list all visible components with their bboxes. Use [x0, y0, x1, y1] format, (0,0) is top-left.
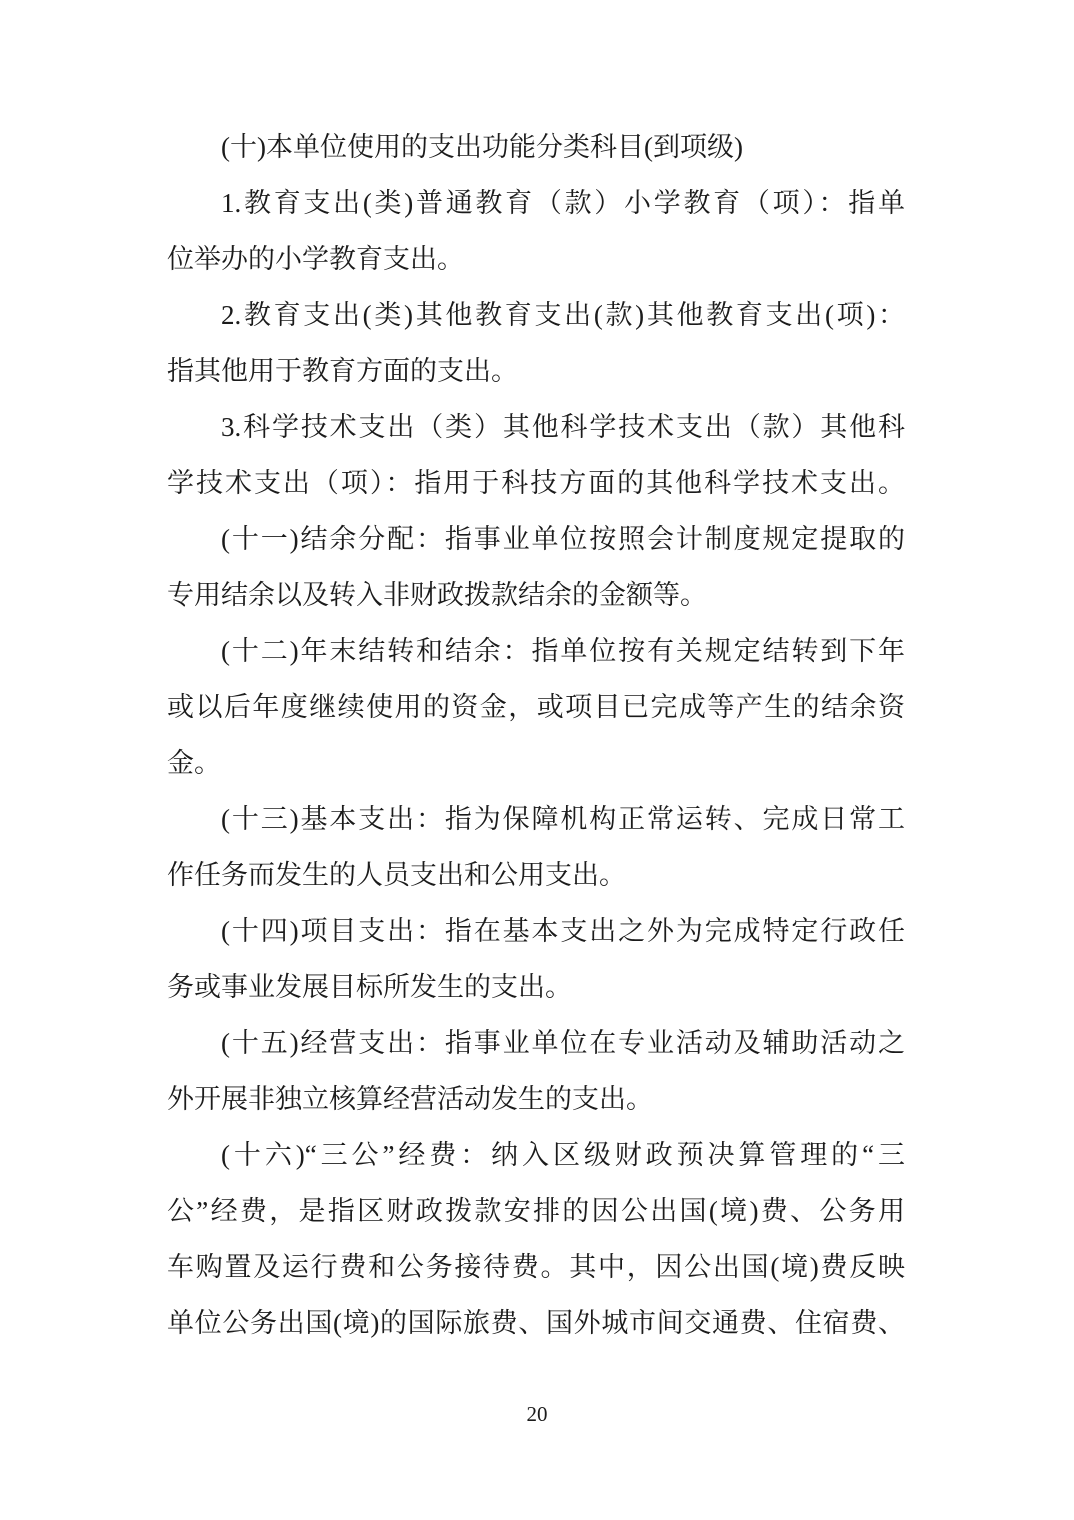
document-page: (十)本单位使用的支出功能分类科目(到项级) 1.教育支出(类)普通教育（款）小… [0, 0, 1074, 1520]
text-line: (十)本单位使用的支出功能分类科目(到项级) [167, 119, 905, 175]
paragraph: 3.科学技术支出（类）其他科学技术支出（款）其他科 学技术支出（项）：指用于科技… [167, 399, 905, 511]
text-line: 指其他用于教育方面的支出。 [167, 343, 905, 399]
text-line: 学技术支出（项）：指用于科技方面的其他科学技术支出。 [167, 455, 905, 511]
text-line: 1.教育支出(类)普通教育（款）小学教育（项）：指单 [167, 175, 905, 231]
text-line: (十二)年末结转和结余：指单位按有关规定结转到下年 [167, 623, 905, 679]
text-line: 位举办的小学教育支出。 [167, 231, 905, 287]
text-line: 2.教育支出(类)其他教育支出(款)其他教育支出(项)： [167, 287, 905, 343]
text-line: (十四)项目支出：指在基本支出之外为完成特定行政任 [167, 903, 905, 959]
text-line: 金。 [167, 735, 905, 791]
text-line: 车购置及运行费和公务接待费。其中，因公出国(境)费反映 [167, 1239, 905, 1295]
paragraph: (十四)项目支出：指在基本支出之外为完成特定行政任 务或事业发展目标所发生的支出… [167, 903, 905, 1015]
text-line: 3.科学技术支出（类）其他科学技术支出（款）其他科 [167, 399, 905, 455]
paragraph: (十五)经营支出：指事业单位在专业活动及辅助活动之 外开展非独立核算经营活动发生… [167, 1015, 905, 1127]
paragraph: 1.教育支出(类)普通教育（款）小学教育（项）：指单 位举办的小学教育支出。 [167, 175, 905, 287]
paragraph: (十二)年末结转和结余：指单位按有关规定结转到下年 或以后年度继续使用的资金，或… [167, 623, 905, 791]
text-line: (十三)基本支出：指为保障机构正常运转、完成日常工 [167, 791, 905, 847]
text-line: 或以后年度继续使用的资金，或项目已完成等产生的结余资 [167, 679, 905, 735]
text-line: 务或事业发展目标所发生的支出。 [167, 959, 905, 1015]
text-line: 单位公务出国(境)的国际旅费、国外城市间交通费、住宿费、 [167, 1295, 905, 1351]
text-line: 公”经费，是指区财政拨款安排的因公出国(境)费、公务用 [167, 1183, 905, 1239]
paragraph: (十)本单位使用的支出功能分类科目(到项级) [167, 119, 905, 175]
text-line: 专用结余以及转入非财政拨款结余的金额等。 [167, 567, 905, 623]
text-line: (十五)经营支出：指事业单位在专业活动及辅助活动之 [167, 1015, 905, 1071]
document-body: (十)本单位使用的支出功能分类科目(到项级) 1.教育支出(类)普通教育（款）小… [167, 119, 905, 1351]
paragraph: (十六)“三公”经费：纳入区级财政预决算管理的“三 公”经费，是指区财政拨款安排… [167, 1127, 905, 1351]
paragraph: (十一)结余分配：指事业单位按照会计制度规定提取的 专用结余以及转入非财政拨款结… [167, 511, 905, 623]
page-number: 20 [0, 1398, 1074, 1430]
text-line: 外开展非独立核算经营活动发生的支出。 [167, 1071, 905, 1127]
text-line: (十一)结余分配：指事业单位按照会计制度规定提取的 [167, 511, 905, 567]
text-line: (十六)“三公”经费：纳入区级财政预决算管理的“三 [167, 1127, 905, 1183]
text-line: 作任务而发生的人员支出和公用支出。 [167, 847, 905, 903]
paragraph: (十三)基本支出：指为保障机构正常运转、完成日常工 作任务而发生的人员支出和公用… [167, 791, 905, 903]
paragraph: 2.教育支出(类)其他教育支出(款)其他教育支出(项)： 指其他用于教育方面的支… [167, 287, 905, 399]
